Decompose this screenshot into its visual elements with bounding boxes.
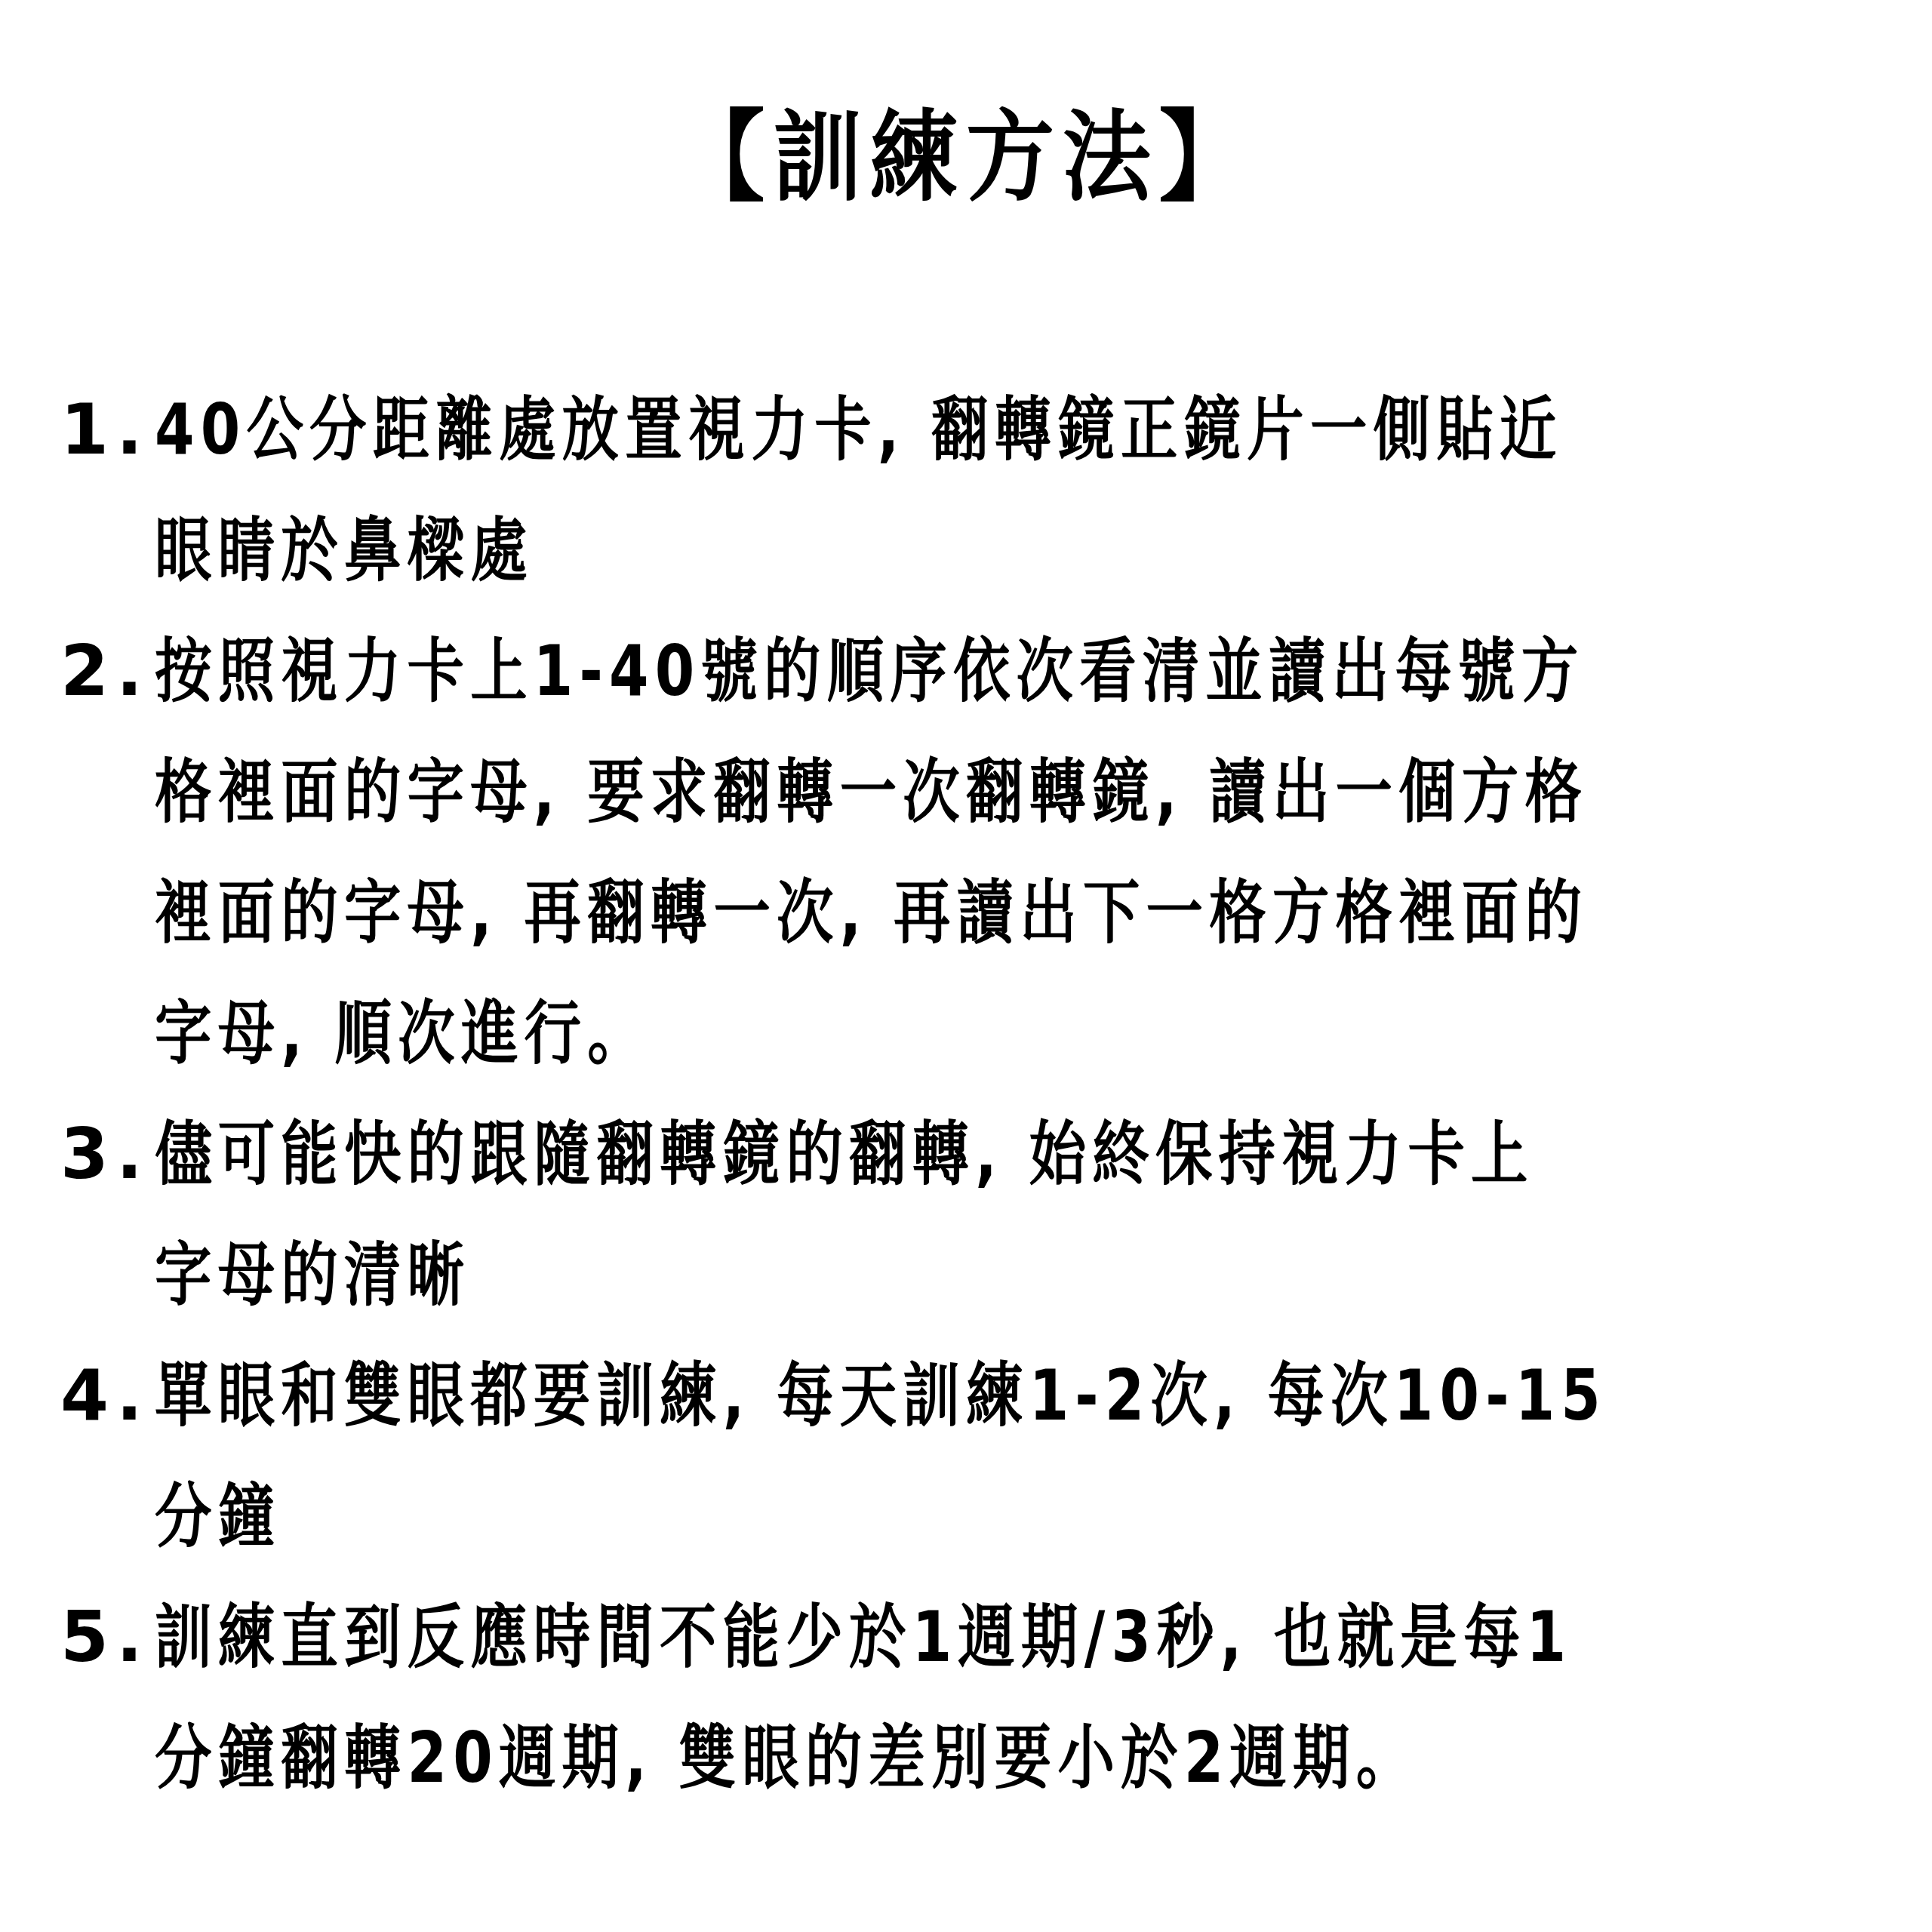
step-text-line: 40公分距離處放置視力卡, 翻轉鏡正鏡片一側貼近 xyxy=(155,370,1600,491)
step-number: 4. xyxy=(60,1336,155,1457)
step-text-line: 按照視力卡上1-40號的順序依次看清並讀出每號方 xyxy=(155,611,1600,732)
step-number: 3. xyxy=(60,1094,155,1215)
list-item-step-2: 2. 按照視力卡上1-40號的順序依次看清並讀出每號方 格裡面的字母, 要求翻轉… xyxy=(60,611,1917,1094)
step-text-line: 分鐘翻轉20週期, 雙眼的差別要小於2週期。 xyxy=(155,1698,1600,1819)
step-number: 1. xyxy=(60,370,155,491)
step-text-line: 訓練直到反應時間不能少於1週期/3秒, 也就是每1 xyxy=(155,1577,1600,1698)
step-text-line: 字母的清晰 xyxy=(155,1215,1600,1336)
step-text-line: 裡面的字母, 再翻轉一次, 再讀出下一格方格裡面的 xyxy=(155,853,1600,974)
step-text-line: 儘可能快的跟隨翻轉鏡的翻轉, 始終保持視力卡上 xyxy=(155,1094,1600,1215)
step-text-line: 眼睛於鼻樑處 xyxy=(155,491,1600,611)
training-steps-list: 1. 40公分距離處放置視力卡, 翻轉鏡正鏡片一側貼近 眼睛於鼻樑處 2. 按照… xyxy=(60,370,1917,1819)
step-text-line: 單眼和雙眼都要訓練, 每天訓練1-2次, 每次10-15 xyxy=(155,1336,1600,1457)
step-number: 2. xyxy=(60,611,155,732)
list-item-step-3: 3. 儘可能快的跟隨翻轉鏡的翻轉, 始終保持視力卡上 字母的清晰 xyxy=(60,1094,1917,1336)
list-item-step-4: 4. 單眼和雙眼都要訓練, 每天訓練1-2次, 每次10-15 分鐘 xyxy=(60,1336,1917,1577)
list-item-step-5: 5. 訓練直到反應時間不能少於1週期/3秒, 也就是每1 分鐘翻轉20週期, 雙… xyxy=(60,1577,1917,1819)
page-title: 【訓練方法】 xyxy=(97,97,1835,217)
step-number: 5. xyxy=(60,1577,155,1698)
step-text-line: 格裡面的字母, 要求翻轉一次翻轉鏡, 讀出一個方格 xyxy=(155,732,1600,853)
step-text-line: 分鐘 xyxy=(155,1457,1600,1577)
list-item-step-1: 1. 40公分距離處放置視力卡, 翻轉鏡正鏡片一側貼近 眼睛於鼻樑處 xyxy=(60,370,1917,611)
step-text-line: 字母, 順次進行。 xyxy=(155,974,1600,1094)
